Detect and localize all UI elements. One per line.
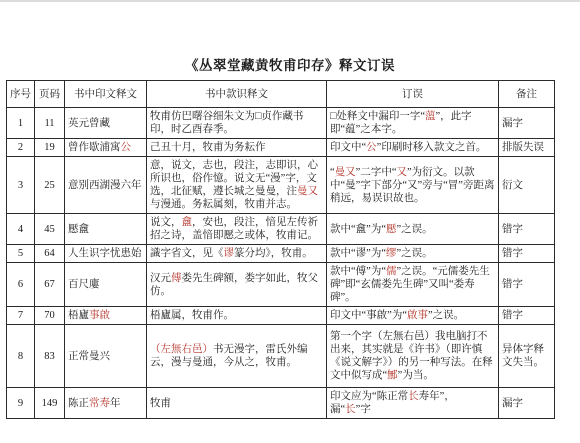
cell-text: 与漫通。务耘属刻，牧甫并志。 [150, 199, 297, 210]
cell-note: 漏字 [499, 388, 555, 419]
cell-note: 衍文 [499, 157, 555, 214]
cell-text: 款中“傅”为“ [330, 266, 386, 277]
column-header-inscription: 书中款识释文 [147, 81, 327, 108]
cell-page-number: 64 [35, 245, 65, 263]
cell-seal-text: 英元曾藏 [65, 108, 147, 139]
red-annotation-text: 曼又 [335, 167, 356, 178]
table-row: 883正常曼兴（左無右邑）书无漫字，雷氏外编云，漫与曼通，今从之，牧甫。第一个字… [7, 325, 555, 388]
cell-correction-text: □处释文中漏印一字“薀”，此字即“蕴”之本字。 [327, 108, 499, 139]
cell-text: 英元曾藏 [68, 118, 110, 129]
cell-inscription-text: 己丑十月，牧甫为务耘作 [147, 139, 327, 157]
cell-text: ”字 [356, 404, 371, 415]
cell-inscription-text: 意，说文，志也，段注，志即识，心所识也，俗作憶。说文无“漫”字，文选，北征赋，遵… [147, 157, 327, 214]
table-row: 770梧廬事啟梧廬属，牧甫作。印文中“事啟”为“啟事”之误。错字 [7, 307, 555, 325]
cell-correction-text: 第一个字（左無右邑）我电脑打不出来，其实就是《许书》（即许慎《说文解字》）的另一… [327, 325, 499, 388]
cell-text: 己丑十月，牧甫为务耘作 [150, 142, 266, 153]
cell-correction-text: 印文中“事啟”为“啟事”之误。 [327, 307, 499, 325]
cell-inscription-text: 識字省文，见《谬篆分均》，牧甫。 [147, 245, 327, 263]
cell-text: 印文应为“陈正常 [330, 391, 408, 402]
cell-text: 梧廬属，牧甫作。 [150, 310, 234, 321]
red-annotation-text: 长 [408, 391, 419, 402]
red-annotation-text: 长 [345, 404, 356, 415]
cell-seal-text: 意别西湖漫六年 [65, 157, 147, 214]
cell-correction-text: 印文应为“陈正常长寿年”，漏“长”字 [327, 388, 499, 419]
cell-seal-text: 百尺廔 [65, 263, 147, 307]
page-title: 《丛翠堂藏黄牧甫印存》释文订误 [0, 54, 580, 74]
cell-serial-number: 2 [7, 139, 35, 157]
red-annotation-text: 啟事 [407, 310, 428, 321]
cell-text: 曾作歇浦寓 [68, 142, 121, 153]
cell-note: 漏字 [499, 108, 555, 139]
cell-serial-number: 3 [7, 157, 35, 214]
table-row: 667百尺廔汉元傅娄先生碑额，娄字如此，牧父仿。款中“傅”为“儒”之误。“元儒娄… [7, 263, 555, 307]
cell-inscription-text: 牧甫仿巴曙谷细朱文为□贞作藏书印，时乙酉春季。 [147, 108, 327, 139]
cell-text: 陈正 [68, 398, 89, 409]
cell-note: 错字 [499, 214, 555, 245]
red-annotation-text: 公 [121, 142, 132, 153]
cell-text: 意别西湖漫六年 [68, 180, 142, 191]
cell-page-number: 19 [35, 139, 65, 157]
cell-inscription-text: 说文，盫，安也，段注，愔见左传祈招之诗，盖愔即懕之或体，牧甫记。 [147, 214, 327, 245]
red-annotation-text: 儒 [386, 266, 397, 277]
cell-correction-text: 印文中“公”印刷时移入款文之首。 [327, 139, 499, 157]
cell-text: 正常曼兴 [68, 351, 110, 362]
cell-text: 款中“谬”为“ [330, 248, 386, 259]
red-annotation-text: 曼又 [297, 186, 318, 197]
errata-table: 序号 页码 书中印文释文 书中款识释文 订误 备注 111英元曾藏牧甫仿巴曙谷细… [6, 80, 555, 419]
red-annotation-text: 缪 [386, 248, 397, 259]
cell-inscription-text: （左無右邑）书无漫字，雷氏外编云，漫与曼通，今从之，牧甫。 [147, 325, 327, 388]
red-annotation-text: 谬 [224, 248, 235, 259]
cell-serial-number: 8 [7, 325, 35, 388]
cell-serial-number: 9 [7, 388, 35, 419]
cell-serial-number: 5 [7, 245, 35, 263]
red-annotation-text: 常寿 [89, 398, 110, 409]
red-annotation-text: 又 [397, 167, 408, 178]
red-annotation-text: 事啟 [89, 310, 110, 321]
cell-inscription-text: 牧甫 [147, 388, 327, 419]
cell-text: 人生识字忧患始 [68, 248, 142, 259]
column-header-note: 备注 [499, 81, 555, 108]
table-header-row: 序号 页码 书中印文释文 书中款识释文 订误 备注 [7, 81, 555, 108]
table-row: 445懕盫说文，盫，安也，段注，愔见左传祈招之诗，盖愔即懕之或体，牧甫记。款中“… [7, 214, 555, 245]
cell-text: 百尺廔 [68, 279, 100, 290]
red-annotation-text: 傅 [171, 273, 182, 284]
cell-text: 说文， [150, 217, 182, 228]
cell-text: ”为当。 [398, 370, 434, 381]
table-row: 111英元曾藏牧甫仿巴曙谷细朱文为□贞作藏书印，时乙酉春季。□处释文中漏印一字“… [7, 108, 555, 139]
table-row: 564人生识字忧患始識字省文，见《谬篆分均》，牧甫。款中“谬”为“缪”之误。错字 [7, 245, 555, 263]
cell-text: 梧廬 [68, 310, 89, 321]
table-row: 325意别西湖漫六年意，说文，志也，段注，志即识，心所识也，俗作憶。说文无“漫”… [7, 157, 555, 214]
cell-correction-text: 款中“傅”为“儒”之误。“元儒娄先生碑”即“玄儒娄先生碑”又叫“娄寿碑”。 [327, 263, 499, 307]
cell-text: ”之误。 [396, 248, 432, 259]
cell-inscription-text: 汉元傅娄先生碑额，娄字如此，牧父仿。 [147, 263, 327, 307]
red-annotation-text: （左無右邑） [150, 344, 213, 355]
cell-text: ”之误。 [396, 224, 432, 235]
red-annotation-text: 鄦 [387, 370, 398, 381]
red-annotation-text: 薀 [425, 111, 436, 122]
cell-text: 篆分均》，牧甫。 [234, 248, 313, 259]
column-header-correction: 订误 [327, 81, 499, 108]
cell-text: 識字省文，见《 [150, 248, 224, 259]
cell-text: 牧甫仿巴曙谷细朱文为□贞作藏书印，时乙酉春季。 [150, 111, 303, 135]
cell-note: 异体字释文失当。 [499, 325, 555, 388]
cell-correction-text: 款中“盫”为“懕”之误。 [327, 214, 499, 245]
cell-text: ”印刷时移入款文之首。 [377, 142, 487, 153]
cell-note: 错字 [499, 263, 555, 307]
column-header-seal-text: 书中印文释文 [65, 81, 147, 108]
cell-page-number: 70 [35, 307, 65, 325]
cell-note: 排版失误 [499, 139, 555, 157]
cell-text: 意，说文，志也，段注，志即识，心所识也，俗作憶。说文无“漫”字，文选，北征赋，遵… [150, 160, 318, 197]
cell-correction-text: 款中“谬”为“缪”之误。 [327, 245, 499, 263]
cell-correction-text: “曼又”二字中“又”为衍文。以款中“曼”字下部分“又”旁与“冒”旁距离稍远，易误… [327, 157, 499, 214]
cell-page-number: 25 [35, 157, 65, 214]
column-header-no: 序号 [7, 81, 35, 108]
cell-page-number: 67 [35, 263, 65, 307]
cell-text: ”二字中“ [356, 167, 397, 178]
table-row: 219曾作歇浦寓公己丑十月，牧甫为务耘作印文中“公”印刷时移入款文之首。排版失误 [7, 139, 555, 157]
cell-text: 牧甫 [150, 398, 171, 409]
window-top-divider [0, 0, 580, 2]
column-header-page: 页码 [35, 81, 65, 108]
cell-text: □处释文中漏印一字“ [330, 111, 425, 122]
cell-text: 印文中“ [330, 142, 366, 153]
red-annotation-text: 懕 [386, 224, 397, 235]
cell-seal-text: 人生识字忧患始 [65, 245, 147, 263]
red-annotation-text: 盫 [182, 217, 193, 228]
cell-page-number: 149 [35, 388, 65, 419]
cell-serial-number: 7 [7, 307, 35, 325]
cell-page-number: 11 [35, 108, 65, 139]
cell-note: 错字 [499, 245, 555, 263]
cell-page-number: 83 [35, 325, 65, 388]
cell-note: 错字 [499, 307, 555, 325]
cell-inscription-text: 梧廬属，牧甫作。 [147, 307, 327, 325]
cell-text: ”之误。 [428, 310, 464, 321]
cell-serial-number: 1 [7, 108, 35, 139]
cell-seal-text: 曾作歇浦寓公 [65, 139, 147, 157]
cell-serial-number: 6 [7, 263, 35, 307]
cell-seal-text: 陈正常寿年 [65, 388, 147, 419]
red-annotation-text: 公 [366, 142, 377, 153]
table-row: 9149陈正常寿年牧甫印文应为“陈正常长寿年”，漏“长”字漏字 [7, 388, 555, 419]
cell-text: 懕盫 [68, 224, 89, 235]
cell-text: 印文中“事啟”为“ [330, 310, 407, 321]
cell-page-number: 45 [35, 214, 65, 245]
cell-seal-text: 正常曼兴 [65, 325, 147, 388]
cell-seal-text: 梧廬事啟 [65, 307, 147, 325]
cell-text: 汉元 [150, 273, 171, 284]
cell-serial-number: 4 [7, 214, 35, 245]
cell-text: 款中“盫”为“ [330, 224, 386, 235]
cell-text: 年 [110, 398, 121, 409]
cell-seal-text: 懕盫 [65, 214, 147, 245]
